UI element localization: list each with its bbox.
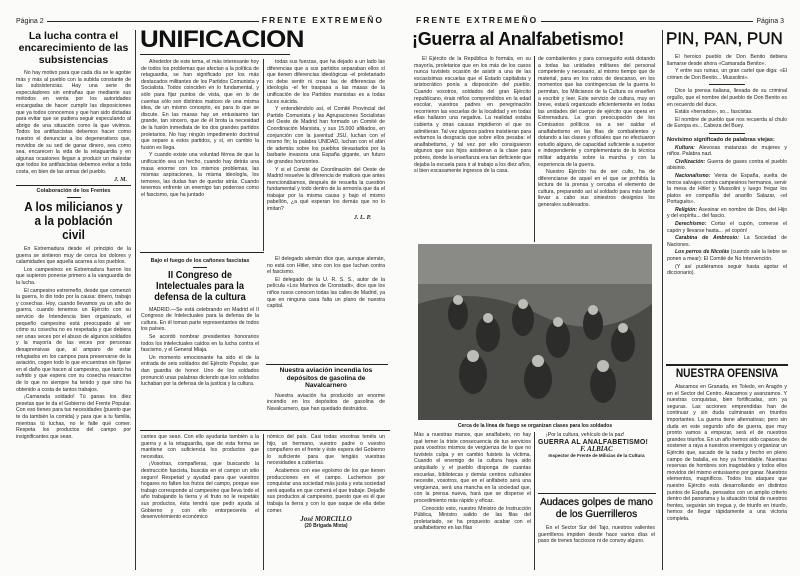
definition-term: Kultura: <box>675 145 695 151</box>
section-rule <box>666 364 788 366</box>
article-body: El heroico pueblo de Don Benito debiera … <box>667 54 787 67</box>
definition-term: Religión: <box>675 207 697 213</box>
article-body: Nuestro Ejército ha de ser culto, ha de … <box>538 169 655 209</box>
article-body: cantes que sean. Con ello ayudarás tambi… <box>141 434 259 460</box>
article-body: Se acordó nombrar presidentes honorarios… <box>141 334 259 354</box>
guerrilleros-article: Audaces golpes de mano de los Guerriller… <box>538 497 655 572</box>
column-rule <box>135 30 136 570</box>
article-body: No hay motivo para que cada día se le ag… <box>16 70 131 176</box>
headline-rule <box>140 54 290 55</box>
article-title-milicianos: A los milicianos y a la población civil <box>22 200 126 242</box>
definition: Carabina de Ambrosio: La Sociedad de Nac… <box>667 235 787 248</box>
headline-nuestra-ofensiva: NUESTRA OFENSIVA <box>673 368 780 381</box>
analfabetismo-col-1-cont: Más a nuestras manos, que analfabeto, no… <box>414 432 531 572</box>
divider <box>16 185 131 186</box>
article-body: Los campesinos en Extremadura fueron los… <box>16 267 131 287</box>
divider <box>709 133 745 134</box>
analfabetismo-col-1: El Ejército de la República lo formáis, … <box>414 56 531 240</box>
definition: Los perros de Nicolás (cuando sale la li… <box>667 249 787 262</box>
article-title-aviacion: Nuestra aviación incendia los depósitos … <box>267 367 385 390</box>
section-rule <box>140 430 390 431</box>
definition-term: Carabina de Ambrosio: <box>675 235 739 241</box>
page-3: FRENTE EXTREMEÑO Página 3 ¡Guerra al Ana… <box>400 0 800 576</box>
signature-title: Inspector de Frente de Milicias de la Cu… <box>538 453 655 460</box>
unificacion-col-1: Alrededor de este tema, el más interesan… <box>141 59 259 249</box>
definition: Civilización: Guerra de gases contra el … <box>667 159 787 172</box>
masthead: FRENTE EXTREMEÑO <box>416 15 538 25</box>
article-body: Y si el Comité de Coordinación del Oeste… <box>267 167 385 213</box>
headline-analfabetismo: ¡Guerra al Analfabetismo! <box>412 29 658 49</box>
article-body: nómico del país. Casi todas vosotras ten… <box>267 434 385 467</box>
signature: J. M. <box>20 177 127 184</box>
bottom-col-2: nómico del país. Casi todas vosotras ten… <box>267 434 385 570</box>
kicker: Bajo el fuego de los cañones fascistas <box>141 258 259 265</box>
ofensiva-column: Atacamos en Granada, en Toledo, en Aragó… <box>667 384 787 570</box>
signature-unit: (20 Brigada Mixta) <box>267 523 385 530</box>
pinpanpun-column: El heroico pueblo de Don Benito debiera … <box>667 54 787 304</box>
novisimo-heading: Novísimo significado de palabras viejas: <box>667 137 787 144</box>
column-rule <box>263 434 264 570</box>
masthead: FRENTE EXTREMEÑO <box>262 15 384 25</box>
header-rule <box>541 21 753 22</box>
analfabetismo-col-2-cont: ¡Por la cultura, vehículo de la paz! GUE… <box>538 432 655 492</box>
article-body: Estáis «herrados», so... fascistas. <box>667 109 787 116</box>
article-title-subsistencias: La lucha contra el encarecimiento de las… <box>16 30 131 66</box>
definition-term: Nacionalismo: <box>675 173 710 179</box>
section-rule <box>140 252 264 253</box>
definition: Kultura: Alevosas matanzas de mujeres y … <box>667 145 787 158</box>
article-body: El nombre de pueblo que nos recuerda al … <box>667 117 787 130</box>
article-body: En el Sector Sur del Tajo, nuestros vali… <box>538 525 655 545</box>
page-2: Página 2 FRENTE EXTREMEÑO La lucha contr… <box>0 0 400 576</box>
section-rule <box>538 493 656 494</box>
article-body: de combatientes y para conseguirlo está … <box>538 56 655 168</box>
article-body: En Extremadura desde el principio de la … <box>16 246 131 266</box>
definition: Derechismo: Cortar el cupón, comerse el … <box>667 221 787 234</box>
bottom-col-1: cantes que sean. Con ello ayudarás tambi… <box>141 434 259 570</box>
column-rule <box>534 432 535 570</box>
photo-caption: Cerca de la línea de fuego se organizan … <box>418 423 652 429</box>
dash <box>193 267 207 268</box>
article-body: todas sus fuerzas, que ha dejado a un la… <box>267 59 385 105</box>
column-rule <box>263 59 264 251</box>
page-number: Página 3 <box>756 18 784 25</box>
article-body: El delegado de la U. R. S. S., autor de … <box>267 277 385 310</box>
page-number: Página 2 <box>16 18 44 25</box>
congreso-col-2: El delegado alemán dice que, aunque alem… <box>267 256 385 366</box>
article-body: El Ejército de la República lo formáis, … <box>414 56 531 175</box>
article-body: El campesino extremeño, desde que comenz… <box>16 288 131 394</box>
photo-image <box>418 244 652 420</box>
article-body: Alrededor de este tema, el más interesan… <box>141 59 259 151</box>
article-body: Y entendiéndolo así, el Comité Provincia… <box>267 106 385 165</box>
article-body: ¡Por la cultura, vehículo de la paz! <box>538 432 655 439</box>
page-2-header: Página 2 FRENTE EXTREMEÑO <box>16 13 384 25</box>
signature: F. ALBIAC <box>538 446 655 453</box>
aviacion-article: Nuestra aviación incendia los depósitos … <box>267 367 385 419</box>
column-rule <box>534 56 535 242</box>
dash <box>67 197 81 198</box>
divider <box>709 84 745 85</box>
article-body: El delegado alemán dice que, aunque alem… <box>267 256 385 276</box>
article-body: Conocido esto, nuestro Ministro de Instr… <box>414 506 531 532</box>
article-title-congreso: II Congreso de Intelectuales para la def… <box>146 270 255 303</box>
article-body: Nuestra aviación ha producido un enorme … <box>267 393 385 413</box>
article-body: ¡Camarada soldado! Tú ganas los diez pes… <box>16 394 131 440</box>
left-column: La lucha contra el encarecimiento de las… <box>16 30 131 570</box>
signature: J. L. P. <box>267 215 385 222</box>
definition-term: Los perros de Nicolás <box>675 249 729 255</box>
article-body: Y cuando existe una voluntad férrea de q… <box>141 152 259 198</box>
definition-term: Civilización: <box>675 159 705 165</box>
analfabetismo-col-2: de combatientes y para conseguirlo está … <box>538 56 655 240</box>
unificacion-col-2: todas sus fuerzas, que ha dejado a un la… <box>267 59 385 249</box>
kicker: Colaboración de los Frentes <box>16 188 131 195</box>
page-3-header: FRENTE EXTREMEÑO Página 3 <box>416 13 784 25</box>
definition-term: Derechismo: <box>675 221 706 227</box>
article-body: ¡Vosotras, compañeras, que buscando la d… <box>141 461 259 520</box>
article-body: Acabemos con ese egoísmo de los que tien… <box>267 468 385 514</box>
headline-pin-pan-pun: PIN, PAN, PUN <box>666 29 790 49</box>
article-body: Un momento emocionante ha sido el de la … <box>141 355 259 388</box>
article-body: Dice la prensa italiana, llevada de su c… <box>667 88 787 108</box>
definition: Nacionalismo: Venta de España, suelta de… <box>667 173 787 206</box>
article-body: Atacamos en Granada, en Toledo, en Aragó… <box>667 384 787 522</box>
article-title-guerrilleros: Audaces golpes de mano de los Guerriller… <box>538 497 655 521</box>
article-body: Y entre sus ruinas, un gran cartel que d… <box>667 68 787 81</box>
definition: Religión: Asesinar en nombre de Dios, de… <box>667 207 787 220</box>
article-body: MADRID.—Se está celebrando en Madrid el … <box>141 307 259 333</box>
headline-unificacion: UNIFICACION <box>140 27 302 53</box>
column-rule <box>662 30 663 570</box>
signature: José MORCILLO <box>267 516 385 523</box>
closing-note: (Y así pudiéramos seguir hasta agotar el… <box>667 264 787 277</box>
congreso-column: Bajo el fuego de los cañones fascistas I… <box>141 256 259 450</box>
article-body: Más a nuestras manos, que analfabeto, no… <box>414 432 531 505</box>
photo-soldiers-class <box>418 244 652 420</box>
section-rule <box>266 364 388 365</box>
header-rule <box>47 21 259 22</box>
